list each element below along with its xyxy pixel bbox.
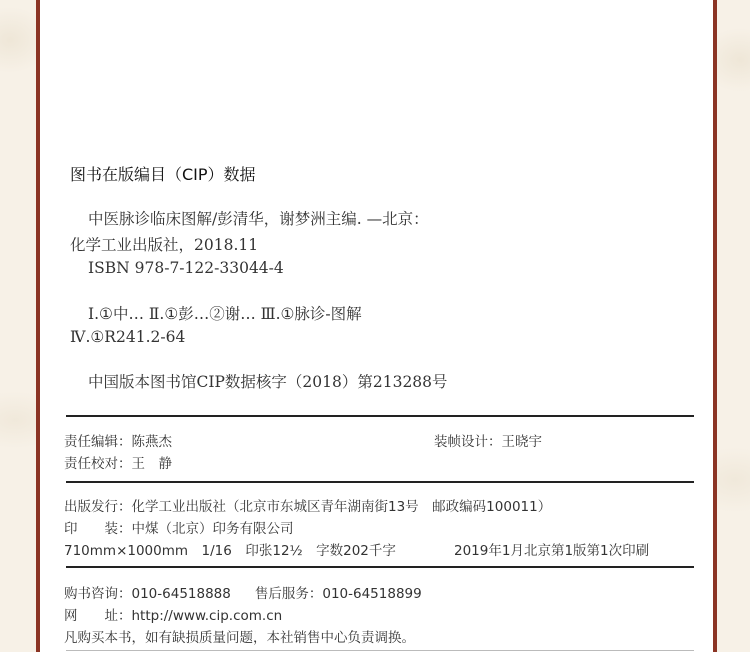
proofreader-label: 责任校对： — [64, 456, 132, 472]
cip-line-publisher: 化学工业出版社，2018.11 — [70, 233, 258, 255]
purchase-label: 购书咨询： — [64, 586, 132, 602]
editor-label: 责任编辑： — [64, 434, 132, 450]
publisher-row: 出版发行：化学工业出版社（北京市东城区青年湖南街13号 邮政编码100011） — [64, 495, 551, 515]
format-row: 710mm×1000mm 1/16 印张12½ 字数202千字 — [64, 539, 396, 559]
cip-title: 图书在版编目（CIP）数据 — [70, 162, 256, 185]
service-label: 售后服务： — [255, 586, 323, 602]
cip-line-classification: Ⅳ.①R241.2-64 — [70, 328, 185, 346]
editor-row: 责任编辑：陈燕杰 — [64, 430, 172, 450]
purchase-phone: 010-64518888 — [132, 586, 231, 602]
cip-line-title-authors: 中医脉诊临床图解/彭清华，谢梦洲主编. —北京： — [88, 207, 429, 229]
divider-middle — [66, 481, 694, 483]
service-phone: 010-64518899 — [322, 586, 421, 602]
publisher-info: 化学工业出版社（北京市东城区青年湖南街13号 邮政编码100011） — [132, 499, 552, 515]
edition-info: 2019年1月北京第1版第1次印刷 — [454, 543, 649, 559]
website-label: 网 址： — [64, 608, 132, 624]
divider-footer — [66, 650, 694, 651]
purchase-row: 购书咨询：010-64518888售后服务：010-64518899 — [64, 582, 422, 602]
designer-label: 装帧设计： — [434, 434, 502, 450]
format-info: 710mm×1000mm 1/16 印张12½ 字数202千字 — [64, 543, 396, 559]
copyright-page: 图书在版编目（CIP）数据 中医脉诊临床图解/彭清华，谢梦洲主编. —北京： 化… — [36, 0, 717, 652]
publisher-label: 出版发行： — [64, 499, 132, 515]
proofreader-name: 王 静 — [132, 456, 173, 472]
designer-name: 王晓宇 — [502, 434, 543, 450]
cip-line-subjects: Ⅰ.①中… Ⅱ.①彭…②谢… Ⅲ.①脉诊-图解 — [88, 302, 362, 324]
divider-top — [66, 415, 694, 417]
divider-bottom — [66, 566, 694, 568]
designer-row: 装帧设计：王晓宇 — [434, 430, 542, 450]
cip-line-isbn: ISBN 978-7-122-33044-4 — [88, 259, 284, 277]
printer-row: 印 装：中煤（北京）印务有限公司 — [64, 517, 294, 537]
return-notice: 凡购买本书，如有缺损质量问题，本社销售中心负责调换。 — [64, 630, 415, 646]
proofreader-row: 责任校对：王 静 — [64, 452, 172, 472]
printer-label: 印 装： — [64, 521, 132, 537]
website-row: 网 址：http://www.cip.com.cn — [64, 604, 282, 624]
printer-name: 中煤（北京）印务有限公司 — [132, 521, 294, 537]
notice-row: 凡购买本书，如有缺损质量问题，本社销售中心负责调换。 — [64, 626, 415, 646]
edition-row: 2019年1月北京第1版第1次印刷 — [454, 539, 649, 559]
website-link[interactable]: http://www.cip.com.cn — [132, 608, 283, 624]
editor-name: 陈燕杰 — [132, 434, 173, 450]
cip-line-record-number: 中国版本图书馆CIP数据核字（2018）第213288号 — [88, 370, 448, 392]
